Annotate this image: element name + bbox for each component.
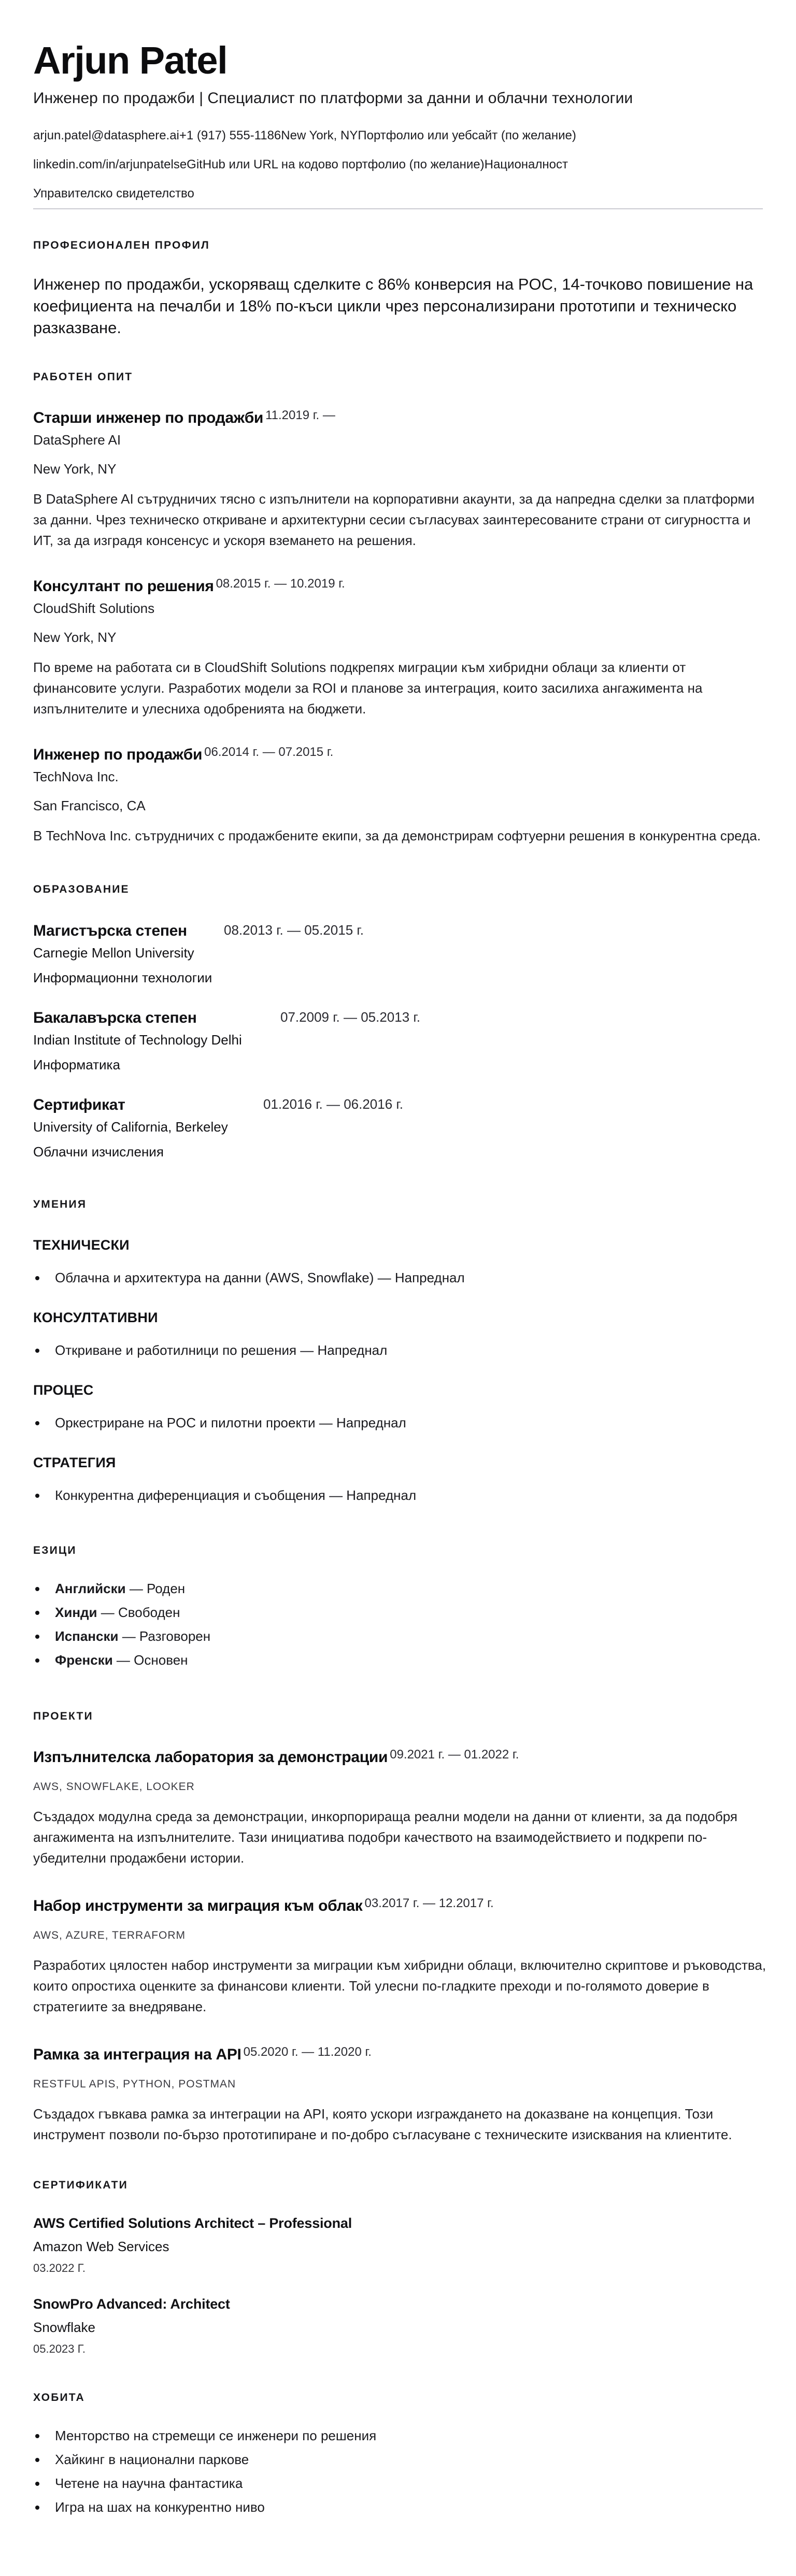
project-description: Разработих цялостен набор инструменти за… (33, 1955, 769, 2017)
language-item: Френски — Основен (33, 1648, 763, 1672)
contact-info: arjun.patel@datasphere.ai+1 (917) 555-11… (33, 121, 763, 208)
certification-date: 05.2023 г. (33, 2341, 763, 2357)
skill-group: ТехническиОблачна и архитектура на данни… (33, 1236, 763, 1290)
hobby-item: Игра на шах на конкурентно ниво (33, 2495, 763, 2519)
projects-section: Проекти Изпълнителска лаборатория за дем… (33, 1709, 763, 2145)
skill-category: Консултативни (33, 1308, 763, 1327)
section-title-languages: Езици (33, 1543, 763, 1558)
skill-group: КонсултативниОткриване и работилници по … (33, 1308, 763, 1362)
portfolio-link[interactable]: Портфолио или уебсайт (по желание) (358, 128, 576, 142)
skill-items: Облачна и архитектура на данни (AWS, Sno… (33, 1266, 763, 1290)
degree-title: Магистърска степен (33, 921, 224, 941)
job-location: New York, NY (33, 628, 763, 647)
job-description: По време на работата си в CloudShift Sol… (33, 657, 769, 719)
education-dates: 08.2013 г. — 05.2015 г. (224, 921, 364, 939)
resume-page: Arjun Patel Инженер по продажби | Специа… (0, 0, 796, 2550)
company-name: TechNova Inc. (33, 767, 763, 786)
skill-item: Оркестриране на POC и пилотни проекти — … (33, 1411, 763, 1435)
candidate-name: Arjun Patel (33, 37, 763, 84)
education-entry: Сертификат01.2016 г. — 06.2016 г.Univers… (33, 1095, 763, 1161)
hobbies-list: Менторство на стремещи се инженери по ре… (33, 2424, 763, 2519)
resume-header: Arjun Patel Инженер по продажби | Специа… (33, 37, 763, 209)
project-dates: 09.2021 г. — 01.2022 г. (390, 1748, 519, 1762)
contact-line-1: arjun.patel@datasphere.ai+1 (917) 555-11… (33, 121, 763, 150)
hobby-item: Четене на научна фантастика (33, 2471, 763, 2495)
languages-section: Езици Английски — РоденХинди — СвободенИ… (33, 1543, 763, 1672)
project-header: Изпълнителска лаборатория за демонстраци… (33, 1744, 763, 1768)
location: New York, NY (281, 128, 358, 142)
project-entry: Набор инструменти за миграция към облак0… (33, 1893, 763, 2017)
skill-category: Процес (33, 1381, 763, 1399)
project-header: Набор инструменти за миграция към облак0… (33, 1893, 763, 1916)
education-header: Магистърска степен08.2013 г. — 05.2015 г… (33, 921, 763, 941)
project-technologies: AWS, Azure, Terraform (33, 1928, 763, 1943)
certification-issuer: Amazon Web Services (33, 2237, 763, 2256)
institution-name: Carnegie Mellon University (33, 943, 763, 962)
skill-group: СтратегияКонкурентна диференциация и съо… (33, 1453, 763, 1507)
project-dates: 03.2017 г. — 12.2017 г. (364, 1896, 493, 1910)
language-name: Испански (55, 1628, 118, 1644)
nationality: Националност (485, 158, 568, 171)
language-name: Френски (55, 1652, 113, 1668)
education-section: Образование Магистърска степен08.2013 г.… (33, 882, 763, 1161)
section-title-profile: Професионален профил (33, 238, 763, 253)
certification-name: AWS Certified Solutions Architect – Prof… (33, 2213, 763, 2233)
driving-license: Управителско свидетелство (33, 187, 194, 201)
language-name: Хинди (55, 1605, 97, 1620)
project-description: Създадох гъвкава рамка за интеграции на … (33, 2103, 769, 2145)
certification-issuer: Snowflake (33, 2318, 763, 2337)
skill-category: Стратегия (33, 1453, 763, 1472)
language-level: — Разговорен (118, 1628, 210, 1644)
degree-title: Бакалавърска степен (33, 1008, 280, 1028)
field-of-study: Облачни изчисления (33, 1142, 763, 1161)
job-description: В TechNova Inc. сътрудничих с продажбени… (33, 825, 769, 846)
skill-items: Конкурентна диференциация и съобщения — … (33, 1483, 763, 1507)
project-technologies: AWS, Snowflake, Looker (33, 1779, 763, 1795)
email-link[interactable]: arjun.patel@datasphere.ai (33, 128, 179, 142)
skill-item: Облачна и архитектура на данни (AWS, Sno… (33, 1266, 763, 1290)
skill-item: Конкурентна диференциация и съобщения — … (33, 1483, 763, 1507)
project-technologies: RESTful APIs, Python, Postman (33, 2077, 763, 2092)
company-name: DataSphere AI (33, 431, 763, 449)
headline: Инженер по продажби | Специалист по плат… (33, 87, 763, 110)
job-dates: 08.2015 г. — 10.2019 г. (216, 577, 345, 591)
experience-header: Старши инженер по продажби11.2019 г. — (33, 405, 763, 428)
skills-section: Умения ТехническиОблачна и архитектура н… (33, 1197, 763, 1507)
degree-title: Сертификат (33, 1095, 263, 1115)
experience-header: Инженер по продажби06.2014 г. — 07.2015 … (33, 742, 763, 765)
language-item: Хинди — Свободен (33, 1600, 763, 1624)
job-location: New York, NY (33, 460, 763, 478)
project-title: Набор инструменти за миграция към облак (33, 1897, 362, 1914)
project-entry: Изпълнителска лаборатория за демонстраци… (33, 1744, 763, 1868)
education-header: Бакалавърска степен07.2009 г. — 05.2013 … (33, 1008, 763, 1028)
section-title-certifications: Сертификати (33, 2178, 763, 2193)
skills-list: ТехническиОблачна и архитектура на данни… (33, 1236, 763, 1507)
project-title: Рамка за интеграция на API (33, 2046, 241, 2063)
experience-entry: Старши инженер по продажби11.2019 г. —Da… (33, 405, 763, 551)
projects-list: Изпълнителска лаборатория за демонстраци… (33, 1744, 763, 2145)
skill-category: Технически (33, 1236, 763, 1254)
project-entry: Рамка за интеграция на API05.2020 г. — 1… (33, 2042, 763, 2145)
job-description: В DataSphere AI сътрудничих тясно с изпъ… (33, 489, 769, 551)
hobbies-section: Хобита Менторство на стремещи се инженер… (33, 2391, 763, 2519)
experience-section: Работен опит Старши инженер по продажби1… (33, 370, 763, 846)
education-dates: 07.2009 г. — 05.2013 г. (280, 1008, 420, 1026)
certifications-section: Сертификати AWS Certified Solutions Arch… (33, 2178, 763, 2357)
skill-group: ПроцесОркестриране на POC и пилотни прое… (33, 1381, 763, 1435)
header-divider (33, 208, 763, 209)
github-link[interactable]: GitHub или URL на кодово портфолио (по ж… (187, 158, 484, 171)
certification-entry: SnowPro Advanced: ArchitectSnowflake05.2… (33, 2294, 763, 2357)
field-of-study: Информатика (33, 1055, 763, 1074)
profile-summary: Инженер по продажби, ускоряващ сделките … (33, 274, 759, 339)
certification-date: 03.2022 г. (33, 2260, 763, 2277)
contact-line-3: Управителско свидетелство (33, 179, 763, 208)
job-title: Консултант по решения (33, 578, 214, 595)
phone-link[interactable]: +1 (917) 555-1186 (179, 128, 281, 142)
experience-entry: Инженер по продажби06.2014 г. — 07.2015 … (33, 742, 763, 846)
field-of-study: Информационни технологии (33, 968, 763, 987)
job-dates: 06.2014 г. — 07.2015 г. (204, 745, 333, 759)
hobby-item: Менторство на стремещи се инженери по ре… (33, 2424, 763, 2448)
language-level: — Основен (113, 1652, 188, 1668)
certifications-list: AWS Certified Solutions Architect – Prof… (33, 2213, 763, 2357)
institution-name: Indian Institute of Technology Delhi (33, 1031, 763, 1049)
job-title: Инженер по продажби (33, 746, 202, 763)
experience-header: Консултант по решения08.2015 г. — 10.201… (33, 574, 763, 597)
education-list: Магистърска степен08.2013 г. — 05.2015 г… (33, 921, 763, 1161)
experience-list: Старши инженер по продажби11.2019 г. —Da… (33, 405, 763, 846)
project-description: Създадох модулна среда за демонстрации, … (33, 1806, 769, 1868)
language-level: — Свободен (97, 1605, 180, 1620)
profile-section: Професионален профил Инженер по продажби… (33, 238, 763, 339)
linkedin-link[interactable]: linkedin.com/in/arjunpatelse (33, 158, 187, 171)
education-header: Сертификат01.2016 г. — 06.2016 г. (33, 1095, 763, 1115)
languages-list: Английски — РоденХинди — СвободенИспанск… (33, 1577, 763, 1672)
hobby-item: Хайкинг в национални паркове (33, 2448, 763, 2471)
company-name: CloudShift Solutions (33, 599, 763, 618)
experience-entry: Консултант по решения08.2015 г. — 10.201… (33, 574, 763, 719)
section-title-hobbies: Хобита (33, 2391, 763, 2405)
certification-entry: AWS Certified Solutions Architect – Prof… (33, 2213, 763, 2277)
language-name: Английски (55, 1581, 126, 1596)
project-header: Рамка за интеграция на API05.2020 г. — 1… (33, 2042, 763, 2065)
certification-name: SnowPro Advanced: Architect (33, 2294, 763, 2314)
education-entry: Магистърска степен08.2013 г. — 05.2015 г… (33, 921, 763, 987)
section-title-skills: Умения (33, 1197, 763, 1212)
skill-items: Оркестриране на POC и пилотни проекти — … (33, 1411, 763, 1435)
section-title-education: Образование (33, 882, 763, 897)
skill-items: Откриване и работилници по решения — Нап… (33, 1338, 763, 1362)
education-entry: Бакалавърска степен07.2009 г. — 05.2013 … (33, 1008, 763, 1074)
project-dates: 05.2020 г. — 11.2020 г. (244, 2045, 372, 2059)
contact-line-2: linkedin.com/in/arjunpatelseGitHub или U… (33, 150, 763, 179)
job-dates: 11.2019 г. — (265, 408, 335, 422)
section-title-projects: Проекти (33, 1709, 763, 1724)
language-item: Испански — Разговорен (33, 1624, 763, 1648)
section-title-experience: Работен опит (33, 370, 763, 384)
language-level: — Роден (126, 1581, 186, 1596)
institution-name: University of California, Berkeley (33, 1118, 763, 1136)
education-dates: 01.2016 г. — 06.2016 г. (263, 1095, 403, 1113)
job-location: San Francisco, CA (33, 796, 763, 815)
project-title: Изпълнителска лаборатория за демонстраци… (33, 1749, 388, 1766)
skill-item: Откриване и работилници по решения — Нап… (33, 1338, 763, 1362)
job-title: Старши инженер по продажби (33, 409, 263, 426)
language-item: Английски — Роден (33, 1577, 763, 1600)
